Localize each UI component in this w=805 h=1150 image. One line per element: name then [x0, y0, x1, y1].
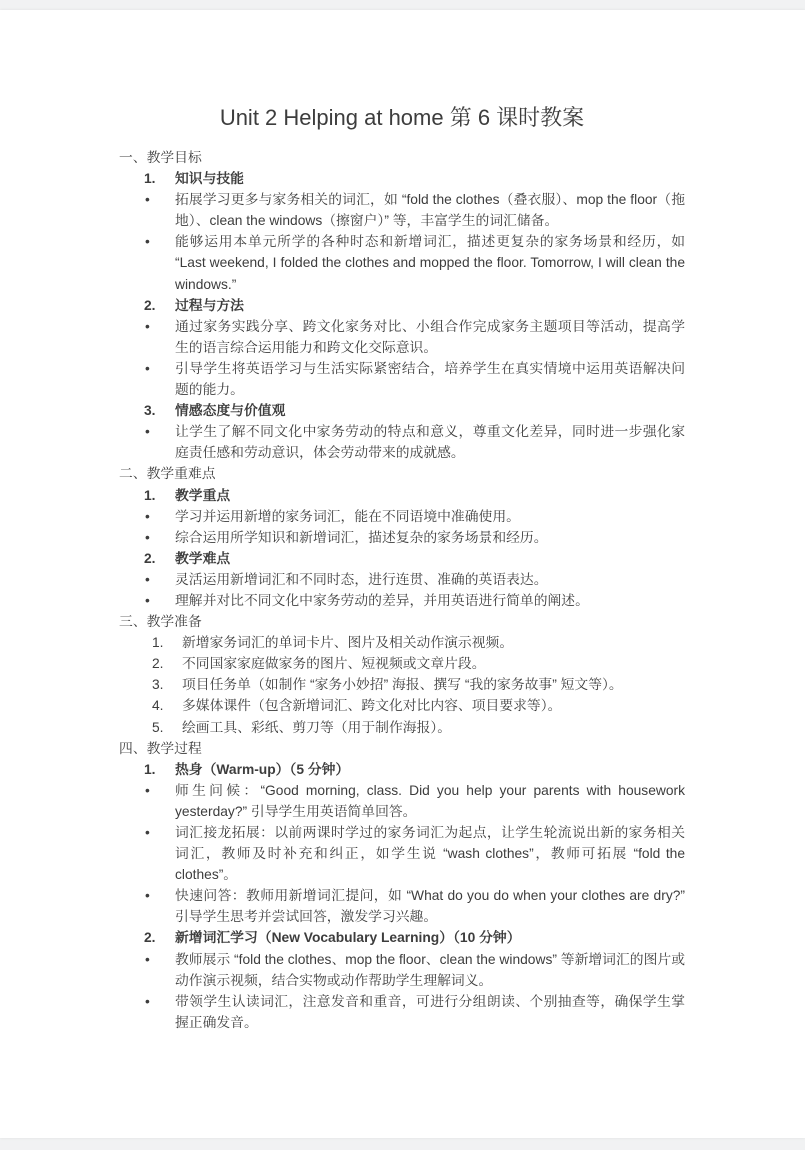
numbered-subheading: 2.新增词汇学习（New Vocabulary Learning）（10 分钟）	[119, 927, 685, 948]
bullet-marker: •	[145, 822, 150, 843]
block-text: 灵活运用新增词汇和不同时态，进行连贯、准确的英语表达。	[175, 572, 548, 587]
block-text: 教学重点	[175, 488, 230, 503]
bullet-item: •综合运用所学知识和新增词汇，描述复杂的家务场景和经历。	[119, 527, 685, 548]
numbered-subheading: 1.知识与技能	[119, 168, 685, 189]
document-title: Unit 2 Helping at home 第 6 课时教案	[119, 102, 685, 133]
list-number: 2.	[144, 927, 156, 948]
block-text: 拓展学习更多与家务相关的词汇，如 “fold the clothes（叠衣服）、…	[175, 192, 685, 228]
numbered-subheading: 2.教学难点	[119, 548, 685, 569]
block-text: 一、教学目标	[119, 150, 202, 165]
bullet-marker: •	[145, 590, 150, 611]
block-text: 理解并对比不同文化中家务劳动的差异，并用英语进行简单的阐述。	[175, 593, 589, 608]
bullet-marker: •	[145, 316, 150, 337]
section-heading: 二、教学重难点	[119, 463, 685, 484]
block-text: 让学生了解不同文化中家务劳动的特点和意义，尊重文化差异，同时进一步强化家庭责任感…	[175, 424, 685, 460]
bullet-item: •引导学生将英语学习与生活实际紧密结合，培养学生在真实情境中运用英语解决问题的能…	[119, 358, 685, 400]
block-text: 情感态度与价值观	[175, 403, 285, 418]
bullet-marker: •	[145, 506, 150, 527]
block-text: 新增家务词汇的单词卡片、图片及相关动作演示视频。	[182, 635, 513, 650]
block-text: 新增词汇学习（New Vocabulary Learning）（10 分钟）	[175, 930, 521, 945]
block-text: 通过家务实践分享、跨文化家务对比、小组合作完成家务主题项目等活动，提高学生的语言…	[175, 319, 685, 355]
block-text: 热身（Warm-up）（5 分钟）	[175, 762, 349, 777]
block-text: 能够运用本单元所学的各种时态和新增词汇，描述更复杂的家务场景和经历，如 “Las…	[175, 234, 685, 291]
list-number: 4.	[152, 695, 164, 716]
block-text: 过程与方法	[175, 298, 244, 313]
viewer-canvas: Unit 2 Helping at home 第 6 课时教案 一、教学目标1.…	[0, 0, 805, 1150]
bullet-item: •灵活运用新增词汇和不同时态，进行连贯、准确的英语表达。	[119, 569, 685, 590]
bullet-marker: •	[145, 885, 150, 906]
bullet-item: •师生问候：“Good morning, class. Did you help…	[119, 780, 685, 822]
bullet-item: •教师展示 “fold the clothes、mop the floor、cl…	[119, 949, 685, 991]
list-number: 5.	[152, 717, 164, 738]
bullet-item: •理解并对比不同文化中家务劳动的差异，并用英语进行简单的阐述。	[119, 590, 685, 611]
bullet-item: •让学生了解不同文化中家务劳动的特点和意义，尊重文化差异，同时进一步强化家庭责任…	[119, 421, 685, 463]
bullet-item: •学习并运用新增的家务词汇，能在不同语境中准确使用。	[119, 506, 685, 527]
bullet-marker: •	[145, 780, 150, 801]
numbered-item: 3.项目任务单（如制作 “家务小妙招” 海报、撰写 “我的家务故事” 短文等）。	[119, 674, 685, 695]
section-heading: 四、教学过程	[119, 738, 685, 759]
bullet-item: •带领学生认读词汇，注意发音和重音，可进行分组朗读、个别抽查等，确保学生掌握正确…	[119, 991, 685, 1033]
block-text: 综合运用所学知识和新增词汇，描述复杂的家务场景和经历。	[175, 530, 548, 545]
block-text: 知识与技能	[175, 171, 244, 186]
block-text: 三、教学准备	[119, 614, 202, 629]
bullet-marker: •	[145, 421, 150, 442]
list-number: 1.	[152, 632, 164, 653]
block-text: 快速问答：教师用新增词汇提问，如 “What do you do when yo…	[175, 888, 685, 924]
block-text: 项目任务单（如制作 “家务小妙招” 海报、撰写 “我的家务故事” 短文等）。	[182, 677, 623, 692]
bullet-marker: •	[145, 569, 150, 590]
section-heading: 三、教学准备	[119, 611, 685, 632]
block-text: 带领学生认读词汇，注意发音和重音，可进行分组朗读、个别抽查等，确保学生掌握正确发…	[175, 994, 685, 1030]
block-text: 多媒体课件（包含新增词汇、跨文化对比内容、项目要求等）。	[182, 698, 561, 713]
bullet-marker: •	[145, 527, 150, 548]
list-number: 2.	[144, 295, 156, 316]
list-number: 1.	[144, 168, 156, 189]
numbered-item: 2.不同国家家庭做家务的图片、短视频或文章片段。	[119, 653, 685, 674]
bullet-marker: •	[145, 991, 150, 1012]
bullet-marker: •	[145, 949, 150, 970]
document-body: 一、教学目标1.知识与技能•拓展学习更多与家务相关的词汇，如 “fold the…	[119, 147, 685, 1033]
section-heading: 一、教学目标	[119, 147, 685, 168]
document-page: Unit 2 Helping at home 第 6 课时教案 一、教学目标1.…	[0, 10, 805, 1138]
list-number: 3.	[144, 400, 156, 421]
block-text: 词汇接龙拓展：以前两课时学过的家务词汇为起点，让学生轮流说出新的家务相关词汇，教…	[175, 825, 685, 882]
numbered-item: 1.新增家务词汇的单词卡片、图片及相关动作演示视频。	[119, 632, 685, 653]
numbered-item: 4.多媒体课件（包含新增词汇、跨文化对比内容、项目要求等）。	[119, 695, 685, 716]
block-text: 二、教学重难点	[119, 466, 216, 481]
bullet-item: •能够运用本单元所学的各种时态和新增词汇，描述更复杂的家务场景和经历，如 “La…	[119, 231, 685, 294]
bullet-marker: •	[145, 231, 150, 252]
numbered-subheading: 3.情感态度与价值观	[119, 400, 685, 421]
list-number: 1.	[144, 485, 156, 506]
block-text: 四、教学过程	[119, 741, 202, 756]
list-number: 2.	[144, 548, 156, 569]
block-text: 师生问候：“Good morning, class. Did you help …	[175, 783, 685, 819]
bullet-item: •词汇接龙拓展：以前两课时学过的家务词汇为起点，让学生轮流说出新的家务相关词汇，…	[119, 822, 685, 885]
list-number: 2.	[152, 653, 164, 674]
list-number: 1.	[144, 759, 156, 780]
document-content: Unit 2 Helping at home 第 6 课时教案 一、教学目标1.…	[0, 10, 805, 1033]
numbered-subheading: 1.热身（Warm-up）（5 分钟）	[119, 759, 685, 780]
block-text: 教师展示 “fold the clothes、mop the floor、cle…	[175, 952, 685, 988]
block-text: 学习并运用新增的家务词汇，能在不同语境中准确使用。	[175, 509, 520, 524]
numbered-subheading: 1.教学重点	[119, 485, 685, 506]
bullet-item: •通过家务实践分享、跨文化家务对比、小组合作完成家务主题项目等活动，提高学生的语…	[119, 316, 685, 358]
bullet-marker: •	[145, 358, 150, 379]
block-text: 不同国家家庭做家务的图片、短视频或文章片段。	[182, 656, 486, 671]
block-text: 引导学生将英语学习与生活实际紧密结合，培养学生在真实情境中运用英语解决问题的能力…	[175, 361, 685, 397]
bullet-item: •快速问答：教师用新增词汇提问，如 “What do you do when y…	[119, 885, 685, 927]
list-number: 3.	[152, 674, 164, 695]
numbered-subheading: 2.过程与方法	[119, 295, 685, 316]
numbered-item: 5.绘画工具、彩纸、剪刀等（用于制作海报）。	[119, 717, 685, 738]
block-text: 教学难点	[175, 551, 230, 566]
block-text: 绘画工具、彩纸、剪刀等（用于制作海报）。	[182, 720, 451, 735]
bullet-item: •拓展学习更多与家务相关的词汇，如 “fold the clothes（叠衣服）…	[119, 189, 685, 231]
bullet-marker: •	[145, 189, 150, 210]
